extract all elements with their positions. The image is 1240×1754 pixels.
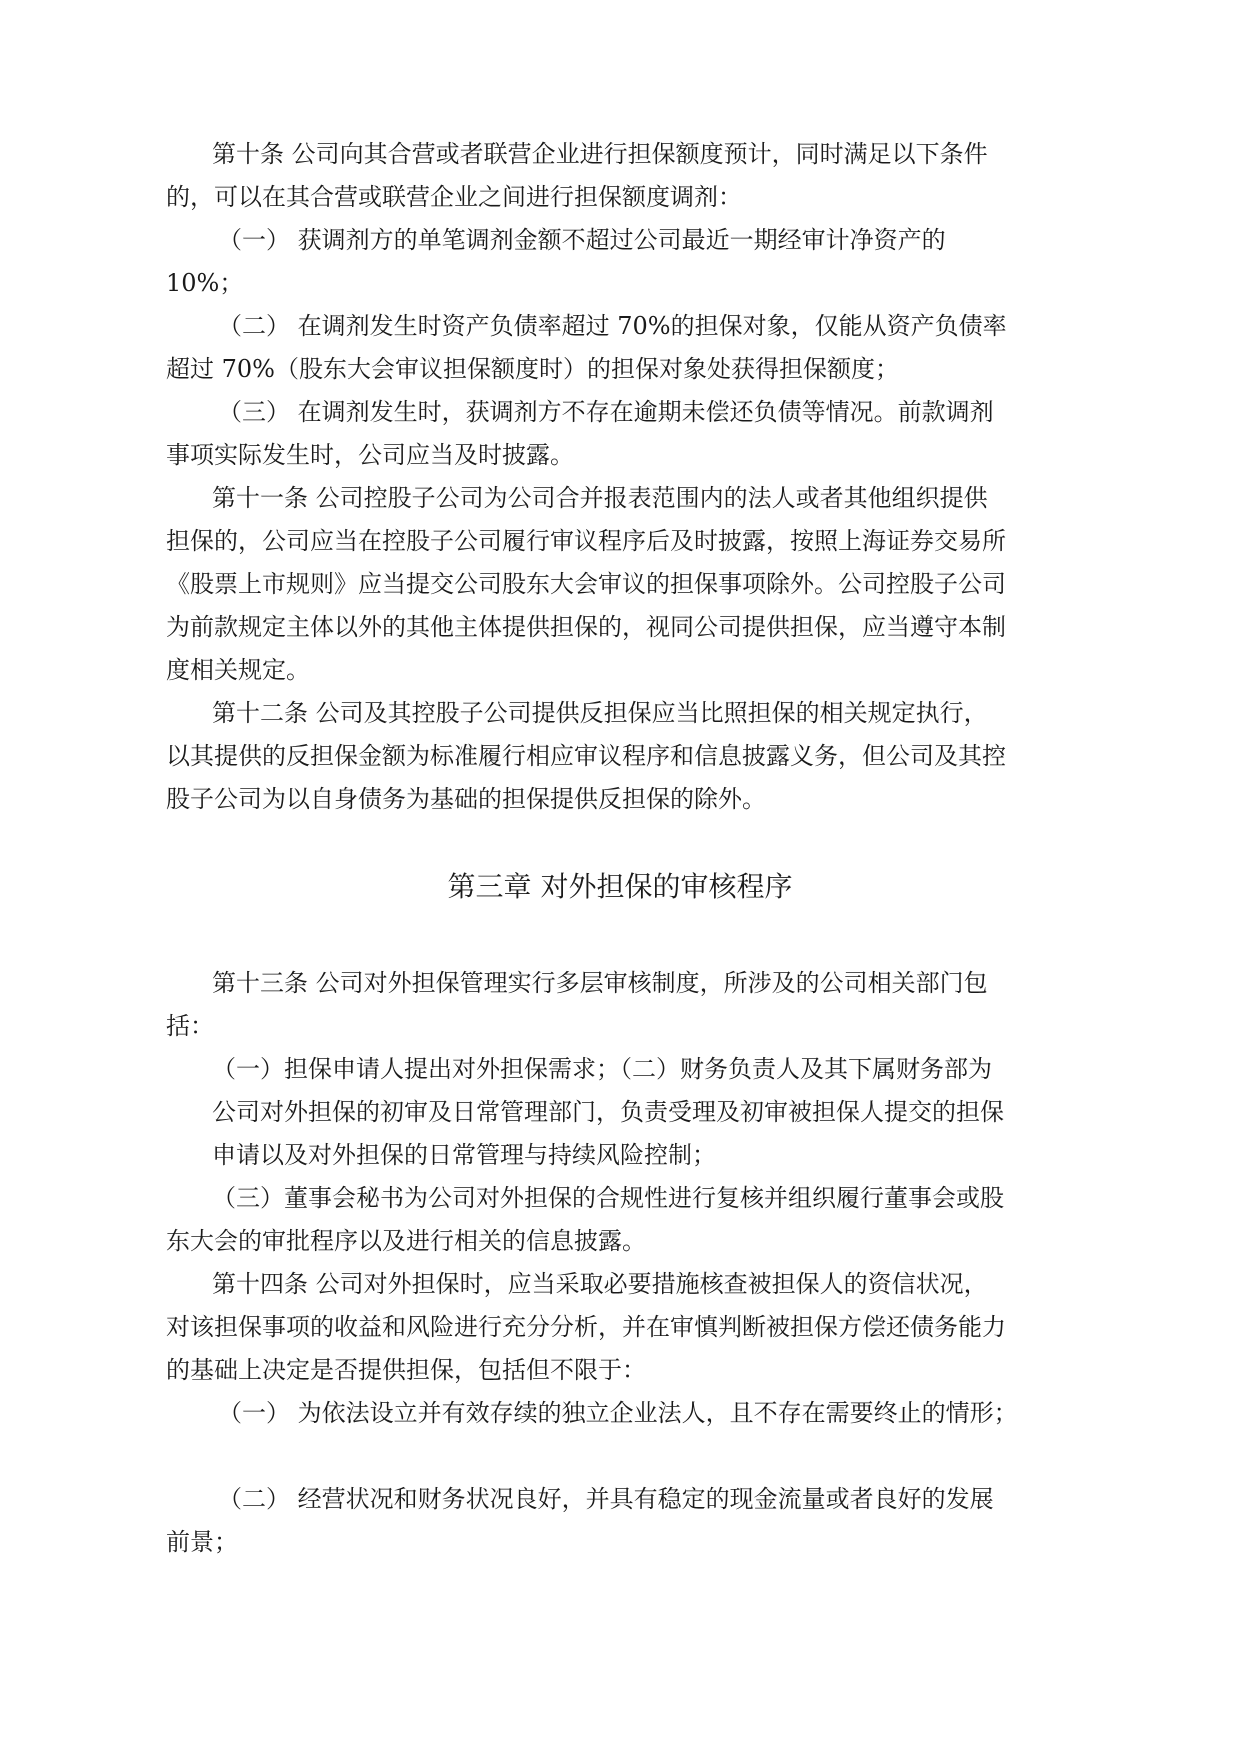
article-line: 对该担保事项的收益和风险进行充分分析，并在审慎判断被担保方偿还债务能力 (166, 1312, 1006, 1342)
article-line: 度相关规定。 (166, 655, 310, 685)
item-line: （一） 为依法设立并有效存续的独立企业法人，且不存在需要终止的情形； (218, 1398, 1018, 1428)
item-line: 前景； (166, 1527, 238, 1557)
article-line: 以其提供的反担保金额为标准履行相应审议程序和信息披露义务，但公司及其控 (166, 741, 1006, 771)
document-page: 第十条 公司向其合营或者联营企业进行担保额度预计，同时满足以下条件 的，可以在其… (0, 0, 1240, 1754)
article-line: 的基础上决定是否提供担保，包括但不限于： (166, 1355, 646, 1385)
item-line: （一） 获调剂方的单笔调剂金额不超过公司最近一期经审计净资产的 (218, 225, 946, 255)
item-line: （三） 在调剂发生时，获调剂方不存在逾期未偿还负债等情况。前款调剂 (218, 397, 994, 427)
article-line: 股子公司为以自身债务为基础的担保提供反担保的除外。 (166, 784, 766, 814)
article-line: 为前款规定主体以外的其他主体提供担保的，视同公司提供担保，应当遵守本制 (166, 612, 1006, 642)
article-line: 第十三条 公司对外担保管理实行多层审核制度，所涉及的公司相关部门包 (212, 968, 988, 998)
item-line: 公司对外担保的初审及日常管理部门，负责受理及初审被担保人提交的担保 (212, 1097, 1004, 1127)
article-line: 第十一条 公司控股子公司为公司合并报表范围内的法人或者其他组织提供 (212, 483, 988, 513)
article-line: 第十二条 公司及其控股子公司提供反担保应当比照担保的相关规定执行， (212, 698, 988, 728)
article-line: 《股票上市规则》应当提交公司股东大会审议的担保事项除外。公司控股子公司 (166, 569, 1006, 599)
item-line: （二） 在调剂发生时资产负债率超过 70%的担保对象，仅能从资产负债率 (218, 311, 1007, 341)
article-line: 括： (166, 1011, 214, 1041)
item-line: 超过 70%（股东大会审议担保额度时）的担保对象处获得担保额度； (166, 354, 899, 384)
chapter-heading: 第三章 对外担保的审核程序 (0, 870, 1240, 904)
item-line: 事项实际发生时，公司应当及时披露。 (166, 440, 574, 470)
item-line: 申请以及对外担保的日常管理与持续风险控制； (212, 1140, 716, 1170)
item-line: （一）担保申请人提出对外担保需求；（二）财务负责人及其下属财务部为 (212, 1054, 992, 1084)
item-line: 东大会的审批程序以及进行相关的信息披露。 (166, 1226, 646, 1256)
article-10-line-1: 第十条 公司向其合营或者联营企业进行担保额度预计，同时满足以下条件 (212, 139, 988, 169)
article-line: 担保的，公司应当在控股子公司履行审议程序后及时披露，按照上海证券交易所 (166, 526, 1006, 556)
item-line: 10%； (166, 268, 243, 298)
article-10-line-2: 的，可以在其合营或联营企业之间进行担保额度调剂： (166, 182, 742, 212)
article-line: 第十四条 公司对外担保时，应当采取必要措施核查被担保人的资信状况， (212, 1269, 988, 1299)
item-line: （二） 经营状况和财务状况良好，并具有稳定的现金流量或者良好的发展 (218, 1484, 994, 1514)
item-line: （三）董事会秘书为公司对外担保的合规性进行复核并组织履行董事会或股 (212, 1183, 1004, 1213)
